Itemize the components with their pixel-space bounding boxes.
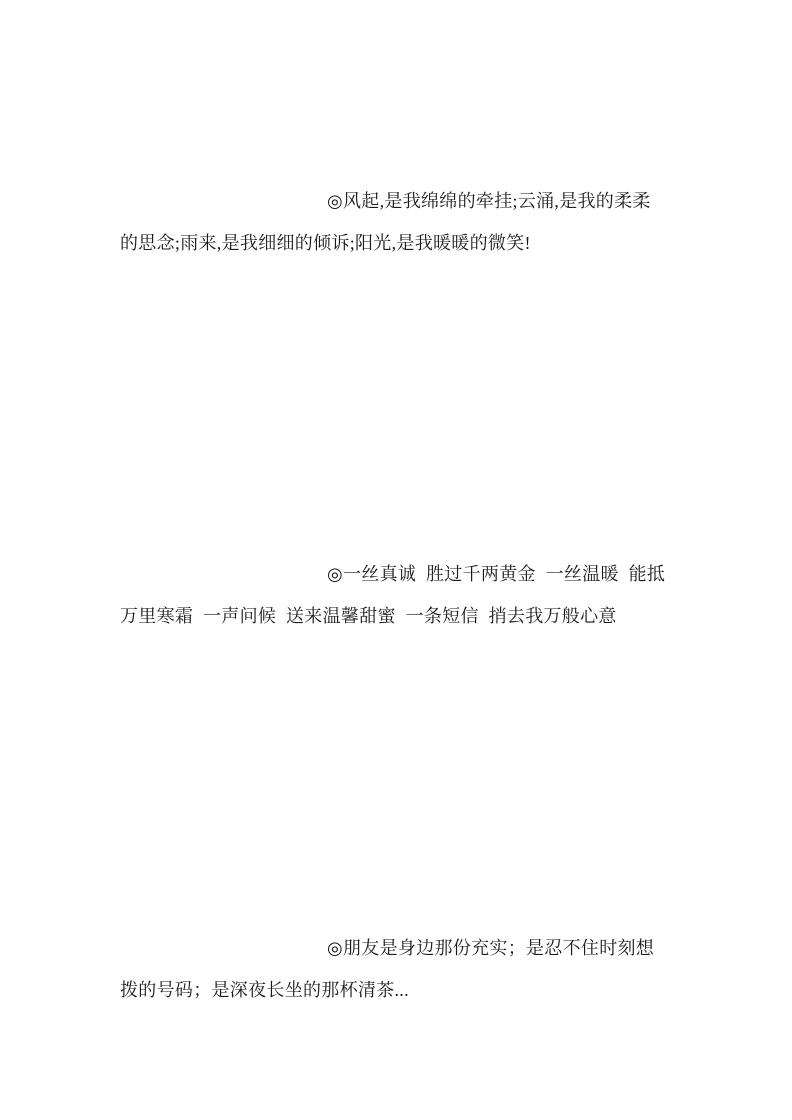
paragraph-friend: ◎朋友是身边那份充实；是忍不住时刻想 拨的号码；是深夜长坐的那杯清茶... xyxy=(120,927,676,1011)
paragraph-line: 拨的号码；是深夜长坐的那杯清茶... xyxy=(120,969,676,1011)
paragraph-line: 的思念;雨来,是我细细的倾诉;阳光,是我暖暖的微笑! xyxy=(120,222,676,264)
paragraph-wind: ◎风起,是我绵绵的牵挂;云涌,是我的柔柔 的思念;雨来,是我细细的倾诉;阳光,是… xyxy=(120,180,676,264)
paragraph-line: ◎风起,是我绵绵的牵挂;云涌,是我的柔柔 xyxy=(120,180,676,222)
document-page: ◎风起,是我绵绵的牵挂;云涌,是我的柔柔 的思念;雨来,是我细细的倾诉;阳光,是… xyxy=(0,0,792,1120)
paragraph-line: 万里寒霜 一声问候 送来温馨甜蜜 一条短信 捎去我万般心意 xyxy=(120,595,676,637)
paragraph-line: ◎一丝真诚 胜过千两黄金 一丝温暖 能抵 xyxy=(120,553,676,595)
paragraph-sincerity: ◎一丝真诚 胜过千两黄金 一丝温暖 能抵 万里寒霜 一声问候 送来温馨甜蜜 一条… xyxy=(120,553,676,637)
paragraph-line: ◎朋友是身边那份充实；是忍不住时刻想 xyxy=(120,927,676,969)
